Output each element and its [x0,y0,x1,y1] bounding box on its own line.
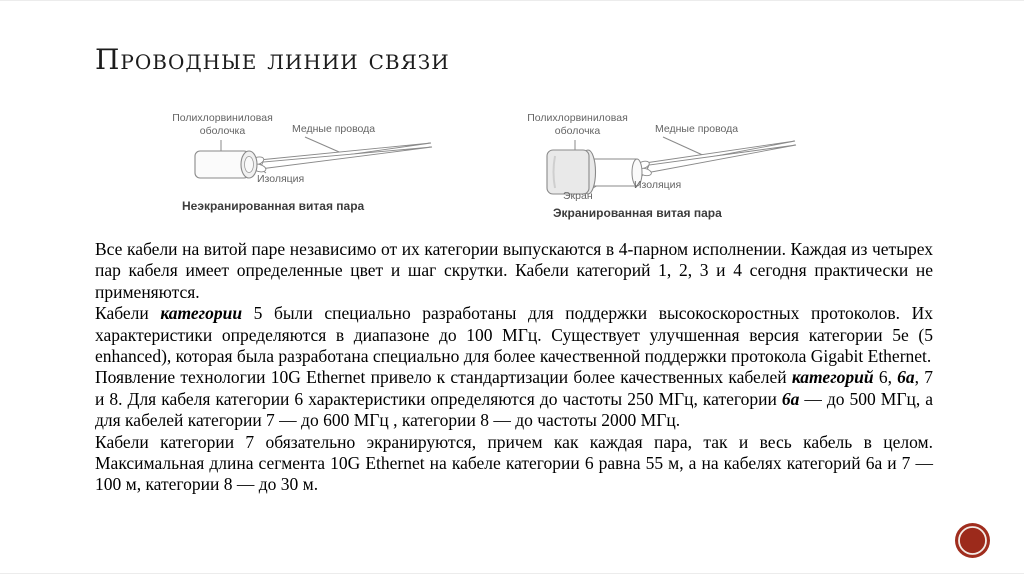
text-run: Появление технологии 10G Ethernet привел… [95,367,792,387]
text-run: Кабели категории 7 обязательно экранирую… [95,432,933,495]
brand-circle-logo [954,522,991,559]
presentation-slide: Проводные линии связи Полихлорвиниловая … [0,0,1024,574]
diagram-shielded-twisted-pair: Полихлорвиниловая оболочка Медные провод… [495,101,815,225]
caption-unshielded-pair: Неэкранированная витая пара [182,199,364,213]
paragraph: Кабели категории 5 были специально разра… [95,303,933,367]
copper-wire-shape [646,145,796,173]
logo-inner-disc [960,528,984,552]
label-shield: Экран [563,190,593,203]
label-pvc-sheath: Полихлорвиниловая оболочка [520,112,635,137]
label-pvc-sheath: Полихлорвиниловая оболочка [165,112,280,137]
label-copper-wires: Медные провода [292,123,375,136]
text-run: 6, [874,367,898,387]
paragraph: Все кабели на витой паре независимо от и… [95,239,933,303]
caption-shielded-pair: Экранированная витая пара [553,206,722,220]
logo-stamp-icon [954,522,991,559]
slide-title: Проводные линии связи [95,43,450,76]
leader-copper-line [663,137,707,157]
paragraph: Появление технологии 10G Ethernet привел… [95,367,933,431]
emphasized-text: категорий [792,367,874,387]
diagram-unshielded-twisted-pair: Полихлорвиниловая оболочка Медные провод… [145,101,465,225]
label-copper-wires: Медные провода [655,123,738,136]
emphasized-text: 6а [782,389,800,409]
text-run: Все кабели на витой паре независимо от и… [95,239,933,302]
emphasized-text: категории [160,303,242,323]
cable-opening-shape [245,157,254,173]
body-text: Все кабели на витой паре независимо от и… [95,239,933,496]
text-run: Кабели [95,303,160,323]
paragraph: Кабели категории 7 обязательно экранирую… [95,432,933,496]
shield-shape [589,159,637,186]
label-insulation: Изоляция [634,179,681,192]
label-insulation: Изоляция [257,173,304,186]
emphasized-text: 6а [897,367,915,387]
